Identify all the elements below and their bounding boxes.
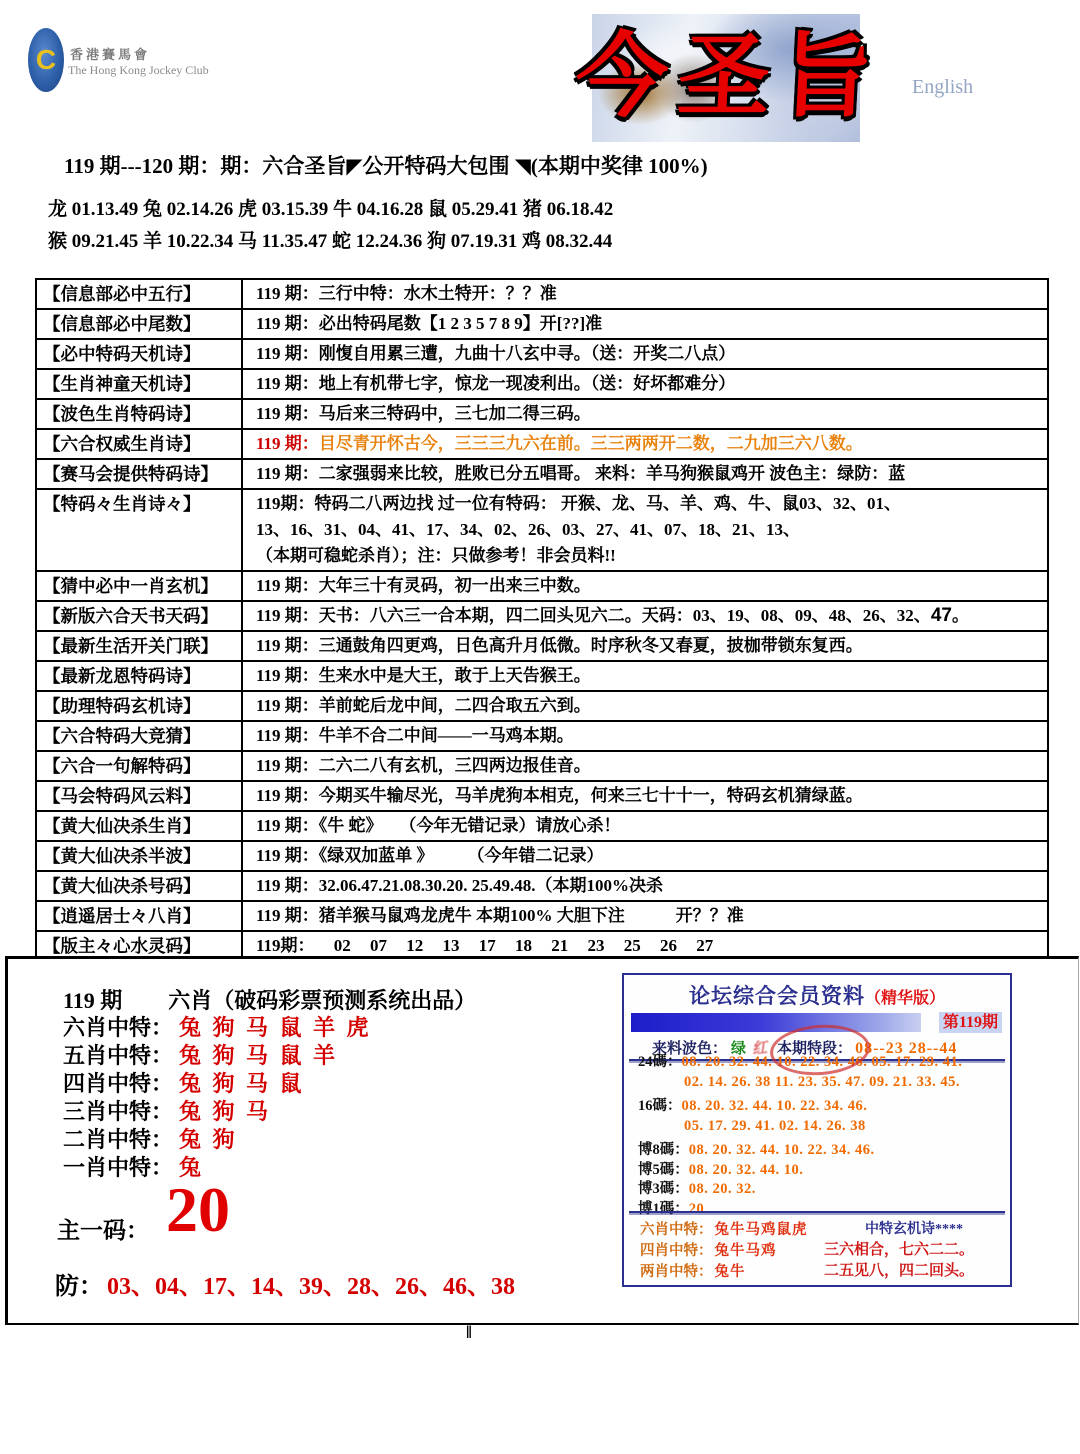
- six-xiao-row-label: 五肖中特：: [63, 1043, 173, 1068]
- row-content: 119 期：目尽青开怀古今，三三三九六在前。三三两两开二数，二九加三六八数。: [243, 430, 1047, 458]
- banner-calligraphy-title: 今圣旨: [573, 22, 909, 132]
- text-segment: 119期： 02 07 12 13 17 18 21 23 25 26 27: [256, 936, 713, 955]
- row-label: 【黄大仙决杀号码】: [37, 872, 243, 900]
- text-segment: 119 期：猪羊猴马鼠鸡龙虎牛 本期100% 大胆下注 开？？准: [256, 906, 744, 925]
- row-label: 【最新生活开关门联】: [37, 632, 243, 660]
- table-row: 【六合权威生肖诗】119 期：目尽青开怀古今，三三三九六在前。三三两两开二数，二…: [37, 428, 1047, 458]
- row-line: 13、16、31、04、41、17、34、02、26、03、27、41、07、1…: [256, 517, 1043, 543]
- code-group-label: 博3碼：: [638, 1181, 689, 1197]
- code-group-label: 24碼：: [638, 1054, 682, 1070]
- row-content: 119 期：今期买牛输尽光，马羊虎狗本相克，何来三七十十一，特码玄机猜绿蓝。: [243, 782, 1047, 810]
- six-xiao-row-label: 三肖中特：: [63, 1099, 173, 1124]
- row-label: 【猜中必中一肖玄机】: [37, 572, 243, 600]
- code-group-values: 08. 20. 32.: [689, 1181, 756, 1197]
- row-line: 119 期：二家强弱来比较，胜败已分五唱哥。 来料：羊马狗猴鼠鸡开 波色主：绿防…: [256, 461, 1043, 487]
- row-label: 【逍遥居士々八肖】: [37, 902, 243, 930]
- zodiac-numbers-line1: 龙 01.13.49 兔 02.14.26 虎 03.15.39 牛 04.16…: [48, 194, 613, 221]
- text-segment: 。: [952, 606, 969, 625]
- row-label: 【黄大仙决杀生肖】: [37, 812, 243, 840]
- table-row: 【六合一句解特码】119 期：二六二八有玄机，三四两边报佳音。: [37, 750, 1047, 780]
- poem-line-1: 三六相合，七六二二。: [824, 1240, 1004, 1261]
- code-group-values: 08. 20. 32. 44. 10. 22. 34. 46. 05. 17. …: [682, 1054, 963, 1070]
- text-segment: 119 期：二家强弱来比较，胜败已分五唱哥。 来料：羊马狗猴鼠鸡开 波色主：绿防…: [256, 464, 905, 483]
- text-segment: 119 期：三通鼓角四更鸡，日色高升月低微。时序秋冬又春夏，披枷带锁东复西。: [256, 636, 863, 655]
- member-box-title-main: 论坛综合会员资料: [689, 984, 865, 1008]
- code-line: 博5碼：08. 20. 32. 44. 10.: [638, 1161, 1004, 1181]
- six-xiao-issue: 119 期: [63, 988, 122, 1013]
- member-zodiac-value: 兔牛马鸡鼠虎: [715, 1222, 808, 1238]
- row-line: 119 期：羊前蛇后龙中间，二四合取五六到。: [256, 693, 1043, 719]
- member-zodiac-label: 两肖中特：: [640, 1264, 713, 1280]
- predictions-table: 【信息部必中五行】119 期：三行中特：水木土特开：？？准【信息部必中尾数】11…: [35, 278, 1049, 988]
- row-line: （本期可稳蛇杀肖）；注：只做参考！非会员料!!: [256, 543, 1043, 569]
- hkjc-logo-letter: C: [36, 44, 56, 76]
- hkjc-logo-chinese: 香港賽馬會: [70, 44, 150, 63]
- text-segment: 119 期：地上有机带七字，惊龙一现凌利出。（送：好坏都难分）: [256, 374, 735, 393]
- row-line: 119 期：32.06.47.21.08.30.20. 25.49.48.（本期…: [256, 873, 1043, 899]
- text-segment: 119期：特码二八两边找 过一位有特码： 开猴、龙、马、羊、鸡、牛、鼠03、32…: [256, 494, 901, 513]
- code-group-label: 博8碼：: [638, 1142, 689, 1158]
- table-row: 【波色生肖特码诗】119 期：马后来三特码中，三七加二得三码。: [37, 398, 1047, 428]
- six-xiao-row: 三肖中特：兔 狗 马: [63, 1098, 372, 1126]
- row-content: 119 期：《绿双加蓝单 》 （今年错二记录）: [243, 842, 1047, 870]
- mystery-poem: 中特玄机诗**** 三六相合，七六二二。 二五见八，四二回头。: [824, 1220, 1004, 1282]
- row-label: 【黄大仙决杀半波】: [37, 842, 243, 870]
- row-line: 119 期：今期买牛输尽光，马羊虎狗本相克，何来三七十十一，特码玄机猜绿蓝。: [256, 783, 1043, 809]
- row-line: 119 期：《牛 蛇》 （今年无错记录）请放心杀！: [256, 813, 1043, 839]
- table-row: 【最新龙恩特码诗】119 期：生来水中是大王，敢于上天告猴王。: [37, 660, 1047, 690]
- row-label: 【信息部必中尾数】: [37, 310, 243, 338]
- text-segment: 47: [931, 605, 952, 626]
- table-row: 【黄大仙决杀生肖】119 期：《牛 蛇》 （今年无错记录）请放心杀！: [37, 810, 1047, 840]
- member-zodiac-value: 兔牛: [715, 1264, 746, 1280]
- table-row: 【新版六合天书天码】119 期：天书：八六三一合本期，四二回头见六二。天码：03…: [37, 600, 1047, 630]
- text-segment: 119 期：天书：八六三一合本期，四二回头见六二。天码：03、19、08、09、…: [256, 606, 931, 625]
- row-label: 【六合特码大竞猜】: [37, 722, 243, 750]
- table-row: 【黄大仙决杀号码】119 期：32.06.47.21.08.30.20. 25.…: [37, 870, 1047, 900]
- row-line: 119 期：《绿双加蓝单 》 （今年错二记录）: [256, 843, 1043, 869]
- table-row: 【赛马会提供特码诗】119 期：二家强弱来比较，胜败已分五唱哥。 来料：羊马狗猴…: [37, 458, 1047, 488]
- row-label: 【新版六合天书天码】: [37, 602, 243, 630]
- code-line: 16碼：08. 20. 32. 44. 10. 22. 34. 46.: [638, 1097, 1004, 1117]
- text-segment: 119 期：三行中特：水木土特开：？？准: [256, 284, 557, 303]
- code-group: 24碼：08. 20. 32. 44. 10. 22. 34. 46. 05. …: [638, 1053, 1004, 1092]
- code-group: 博1碼：20: [638, 1200, 1004, 1220]
- table-row: 【信息部必中尾数】119 期：必出特码尾数【1 2 3 5 7 8 9】开[??…: [37, 308, 1047, 338]
- code-group: 博3碼：08. 20. 32.: [638, 1180, 1004, 1200]
- member-zodiac-label: 四肖中特：: [640, 1243, 713, 1259]
- table-row: 【特码々生肖诗々】119期：特码二八两边找 过一位有特码： 开猴、龙、马、羊、鸡…: [37, 488, 1047, 570]
- row-line: 119 期：目尽青开怀古今，三三三九六在前。三三两两开二数，二九加三六八数。: [256, 431, 1043, 457]
- table-row: 【助理特码玄机诗】119 期：羊前蛇后龙中间，二四合取五六到。: [37, 690, 1047, 720]
- text-segment: 目尽青开怀古今，三三三九六在前。三三两两开二数，二九加三六八数。: [319, 434, 863, 453]
- member-zodiac-row: 四肖中特：兔牛马鸡: [640, 1241, 808, 1262]
- text-segment: 119 期：《绿双加蓝单 》 （今年错二记录）: [256, 846, 604, 865]
- row-line: 119 期：地上有机带七字，惊龙一现凌利出。（送：好坏都难分）: [256, 371, 1043, 397]
- row-label: 【特码々生肖诗々】: [37, 490, 243, 570]
- row-line: 119 期：马后来三特码中，三七加二得三码。: [256, 401, 1043, 427]
- table-row: 【最新生活开关门联】119 期：三通鼓角四更鸡，日色高升月低微。时序秋冬又春夏，…: [37, 630, 1047, 660]
- guard-numbers-line: 防：03、04、17、14、39、28、26、46、38: [55, 1266, 515, 1301]
- code-group-label: 16碼：: [638, 1098, 682, 1114]
- member-zodiac-label: 六肖中特：: [640, 1222, 713, 1238]
- text-segment: 13、16、31、04、41、17、34、02、26、03、27、41、07、1…: [256, 520, 800, 539]
- main-code-label: 主一码：: [57, 1212, 149, 1245]
- row-line: 119期：特码二八两边找 过一位有特码： 开猴、龙、马、羊、鸡、牛、鼠03、32…: [256, 491, 1043, 517]
- code-group-values: 08. 20. 32. 44. 10.: [689, 1162, 804, 1178]
- row-content: 119 期：刚愎自用累三遭，九曲十八玄中寻。（送：开奖二八点）: [243, 340, 1047, 368]
- code-line: 02. 14. 26. 38 11. 23. 35. 47. 09. 21. 3…: [638, 1073, 1004, 1093]
- code-group-label: 博5碼：: [638, 1162, 689, 1178]
- six-xiao-row-label: 六肖中特：: [63, 1015, 173, 1040]
- table-row: 【黄大仙决杀半波】119 期：《绿双加蓝单 》 （今年错二记录）: [37, 840, 1047, 870]
- hkjc-logo-icon: C: [28, 28, 64, 92]
- code-group-label: 博1碼：: [638, 1201, 689, 1217]
- code-line: 博8碼：08. 20. 32. 44. 10. 22. 34. 46.: [638, 1141, 1004, 1161]
- row-content: 119 期：羊前蛇后龙中间，二四合取五六到。: [243, 692, 1047, 720]
- code-group: 博5碼：08. 20. 32. 44. 10.: [638, 1161, 1004, 1181]
- text-segment: 119 期：《牛 蛇》 （今年无错记录）请放心杀！: [256, 816, 621, 835]
- row-line: 119 期：必出特码尾数【1 2 3 5 7 8 9】开[??]准: [256, 311, 1043, 337]
- row-content: 119 期：牛羊不合二中间——一马鸡本期。: [243, 722, 1047, 750]
- six-xiao-row-label: 一肖中特：: [63, 1155, 173, 1180]
- hkjc-logo-english: The Hong Kong Jockey Club: [68, 63, 209, 78]
- poem-line-2: 二五见八，四二回头。: [824, 1261, 1004, 1282]
- code-group-values: 08. 20. 32. 44. 10. 22. 34. 46.: [689, 1142, 875, 1158]
- row-label: 【信息部必中五行】: [37, 280, 243, 308]
- row-line: 119 期：大年三十有灵码，初一出来三中数。: [256, 573, 1043, 599]
- member-box-title: 论坛综合会员资料（精华版）: [624, 980, 1010, 1010]
- member-box-issue-tag: 第119期: [939, 1012, 1002, 1033]
- row-content: 119 期：马后来三特码中，三七加二得三码。: [243, 400, 1047, 428]
- row-label: 【助理特码玄机诗】: [37, 692, 243, 720]
- row-content: 119 期：三通鼓角四更鸡，日色高升月低微。时序秋冬又春夏，披枷带锁东复西。: [243, 632, 1047, 660]
- six-xiao-row: 二肖中特：兔 狗: [63, 1126, 372, 1154]
- row-content: 119 期：天书：八六三一合本期，四二回头见六二。天码：03、19、08、09、…: [243, 602, 1047, 630]
- six-xiao-row: 四肖中特：兔 狗 马 鼠: [63, 1070, 372, 1098]
- row-content: 119 期：二六二八有玄机，三四两边报佳音。: [243, 752, 1047, 780]
- row-line: 119 期：生来水中是大王，敢于上天告猴王。: [256, 663, 1043, 689]
- row-line: 119 期：二六二八有玄机，三四两边报佳音。: [256, 753, 1043, 779]
- six-xiao-row-value: 兔 狗 马: [179, 1099, 271, 1124]
- code-group-values: 02. 14. 26. 38 11. 23. 35. 47. 09. 21. 3…: [684, 1074, 960, 1090]
- six-xiao-row-value: 兔 狗 马 鼠 羊: [179, 1043, 338, 1068]
- six-xiao-row-value: 兔 狗 马 鼠: [179, 1071, 305, 1096]
- table-row: 【马会特码风云料】119 期：今期买牛输尽光，马羊虎狗本相克，何来三七十十一，特…: [37, 780, 1047, 810]
- text-segment: 119 期：生来水中是大王，敢于上天告猴王。: [256, 666, 591, 685]
- six-xiao-row-label: 四肖中特：: [63, 1071, 173, 1096]
- zodiac-numbers-line2: 猴 09.21.45 羊 10.22.34 马 11.35.47 蛇 12.24…: [48, 226, 612, 253]
- row-label: 【波色生肖特码诗】: [37, 400, 243, 428]
- divider-rule-bottom: [629, 1211, 1005, 1213]
- row-content: 119 期：大年三十有灵码，初一出来三中数。: [243, 572, 1047, 600]
- six-xiao-row-value: 兔 狗: [179, 1127, 238, 1152]
- six-xiao-title: 119 期六肖（破码彩票预测系统出品）: [63, 984, 476, 1015]
- code-line: 24碼：08. 20. 32. 44. 10. 22. 34. 46. 05. …: [638, 1053, 1004, 1073]
- poem-title: 中特玄机诗****: [824, 1220, 1004, 1240]
- row-content: 119 期：猪羊猴马鼠鸡龙虎牛 本期100% 大胆下注 开？？准: [243, 902, 1047, 930]
- text-segment: 119 期：羊前蛇后龙中间，二四合取五六到。: [256, 696, 591, 715]
- guard-numbers: 03、04、17、14、39、28、26、46、38: [107, 1274, 515, 1300]
- row-line: 119 期：猪羊猴马鼠鸡龙虎牛 本期100% 大胆下注 开？？准: [256, 903, 1043, 929]
- row-label: 【最新龙恩特码诗】: [37, 662, 243, 690]
- six-xiao-row: 五肖中特：兔 狗 马 鼠 羊: [63, 1042, 372, 1070]
- main-code-value: 20: [166, 1178, 230, 1242]
- row-line: 119 期：三行中特：水木土特开：？？准: [256, 281, 1043, 307]
- text-segment: （本期可稳蛇杀肖）；注：只做参考！非会员料!!: [256, 546, 616, 565]
- member-box-title-suffix: （精华版）: [865, 990, 945, 1007]
- blue-gradient-bar: [631, 1013, 921, 1032]
- row-label: 【生肖神童天机诗】: [37, 370, 243, 398]
- code-line: 博3碼：08. 20. 32.: [638, 1180, 1004, 1200]
- issue-headline: 119 期---120 期：期：六合圣旨◤公开特码大包围 ◥(本期中奖律 100…: [64, 150, 708, 180]
- code-line: 博1碼：20: [638, 1200, 1004, 1220]
- text-segment: 119 期：今期买牛输尽光，马羊虎狗本相克，何来三七十十一，特码玄机猜绿蓝。: [256, 786, 863, 805]
- member-info-box: 论坛综合会员资料（精华版） 第119期 来料波色：绿红本期特段：08--23 2…: [622, 973, 1012, 1287]
- code-group: 博8碼：08. 20. 32. 44. 10. 22. 34. 46.: [638, 1141, 1004, 1161]
- row-content: 119 期：三行中特：水木土特开：？？准: [243, 280, 1047, 308]
- six-xiao-row-label: 二肖中特：: [63, 1127, 173, 1152]
- caret-mark: ‖: [466, 1322, 472, 1343]
- text-segment: 119 期：刚愎自用累三遭，九曲十八玄中寻。（送：开奖二八点）: [256, 344, 735, 363]
- row-label: 【马会特码风云料】: [37, 782, 243, 810]
- code-groups-list: 24碼：08. 20. 32. 44. 10. 22. 34. 46. 05. …: [638, 1053, 1004, 1219]
- member-zodiac-row: 六肖中特：兔牛马鸡鼠虎: [640, 1220, 808, 1241]
- text-segment: 119 期：大年三十有灵码，初一出来三中数。: [256, 576, 591, 595]
- text-segment: 119 期：: [256, 434, 319, 453]
- row-content: 119 期：二家强弱来比较，胜败已分五唱哥。 来料：羊马狗猴鼠鸡开 波色主：绿防…: [243, 460, 1047, 488]
- row-label: 【必中特码天机诗】: [37, 340, 243, 368]
- table-row: 【猜中必中一肖玄机】119 期：大年三十有灵码，初一出来三中数。: [37, 570, 1047, 600]
- six-xiao-row: 六肖中特：兔 狗 马 鼠 羊 虎: [63, 1014, 372, 1042]
- row-content: 119 期：生来水中是大王，敢于上天告猴王。: [243, 662, 1047, 690]
- row-label: 【赛马会提供特码诗】: [37, 460, 243, 488]
- table-row: 【信息部必中五行】119 期：三行中特：水木土特开：？？准: [37, 280, 1047, 308]
- text-segment: 119 期：牛羊不合二中间——一马鸡本期。: [256, 726, 574, 745]
- code-line: 05. 17. 29. 41. 02. 14. 26. 38: [638, 1117, 1004, 1137]
- code-group-values: 05. 17. 29. 41. 02. 14. 26. 38: [684, 1118, 866, 1134]
- table-row: 【生肖神童天机诗】119 期：地上有机带七字，惊龙一现凌利出。（送：好坏都难分）: [37, 368, 1047, 398]
- guard-label: 防：: [55, 1274, 103, 1300]
- english-link[interactable]: English: [912, 76, 973, 99]
- row-line: 119 期：刚愎自用累三遭，九曲十八玄中寻。（送：开奖二八点）: [256, 341, 1043, 367]
- row-content: 119 期：32.06.47.21.08.30.20. 25.49.48.（本期…: [243, 872, 1047, 900]
- text-segment: 119 期：马后来三特码中，三七加二得三码。: [256, 404, 591, 423]
- row-content: 119 期：必出特码尾数【1 2 3 5 7 8 9】开[??]准: [243, 310, 1047, 338]
- six-xiao-title-text: 六肖（破码彩票预测系统出品）: [168, 988, 476, 1013]
- table-row: 【六合特码大竞猜】119 期：牛羊不合二中间——一马鸡本期。: [37, 720, 1047, 750]
- code-group: 16碼：08. 20. 32. 44. 10. 22. 34. 46.05. 1…: [638, 1097, 1004, 1136]
- text-segment: 119 期：32.06.47.21.08.30.20. 25.49.48.（本期…: [256, 876, 663, 895]
- text-segment: 119 期：必出特码尾数【1 2 3 5 7 8 9】开[??]准: [256, 314, 602, 333]
- code-group-values: 20: [689, 1201, 705, 1217]
- row-content: 119 期：地上有机带七字，惊龙一现凌利出。（送：好坏都难分）: [243, 370, 1047, 398]
- page: C 香港賽馬會 The Hong Kong Jockey Club 今圣旨 En…: [0, 0, 1080, 1454]
- code-group-values: 08. 20. 32. 44. 10. 22. 34. 46.: [682, 1098, 868, 1114]
- row-label: 【六合权威生肖诗】: [37, 430, 243, 458]
- six-xiao-list: 六肖中特：兔 狗 马 鼠 羊 虎五肖中特：兔 狗 马 鼠 羊四肖中特：兔 狗 马…: [63, 1014, 372, 1182]
- row-content: 119期：特码二八两边找 过一位有特码： 开猴、龙、马、羊、鸡、牛、鼠03、32…: [243, 490, 1047, 570]
- table-row: 【必中特码天机诗】119 期：刚愎自用累三遭，九曲十八玄中寻。（送：开奖二八点）: [37, 338, 1047, 368]
- row-content: 119 期：《牛 蛇》 （今年无错记录）请放心杀！: [243, 812, 1047, 840]
- table-row: 【逍遥居士々八肖】119 期：猪羊猴马鼠鸡龙虎牛 本期100% 大胆下注 开？？…: [37, 900, 1047, 930]
- member-zodiac-value: 兔牛马鸡: [715, 1243, 777, 1259]
- row-line: 119 期：天书：八六三一合本期，四二回头见六二。天码：03、19、08、09、…: [256, 603, 1043, 629]
- member-zodiac-row: 两肖中特：兔牛: [640, 1262, 808, 1283]
- row-label: 【六合一句解特码】: [37, 752, 243, 780]
- member-zodiac-list: 六肖中特：兔牛马鸡鼠虎四肖中特：兔牛马鸡两肖中特：兔牛: [640, 1220, 808, 1283]
- row-line: 119 期：牛羊不合二中间——一马鸡本期。: [256, 723, 1043, 749]
- six-xiao-row-value: 兔 狗 马 鼠 羊 虎: [179, 1015, 372, 1040]
- row-line: 119 期：三通鼓角四更鸡，日色高升月低微。时序秋冬又春夏，披枷带锁东复西。: [256, 633, 1043, 659]
- text-segment: 119 期：二六二八有玄机，三四两边报佳音。: [256, 756, 591, 775]
